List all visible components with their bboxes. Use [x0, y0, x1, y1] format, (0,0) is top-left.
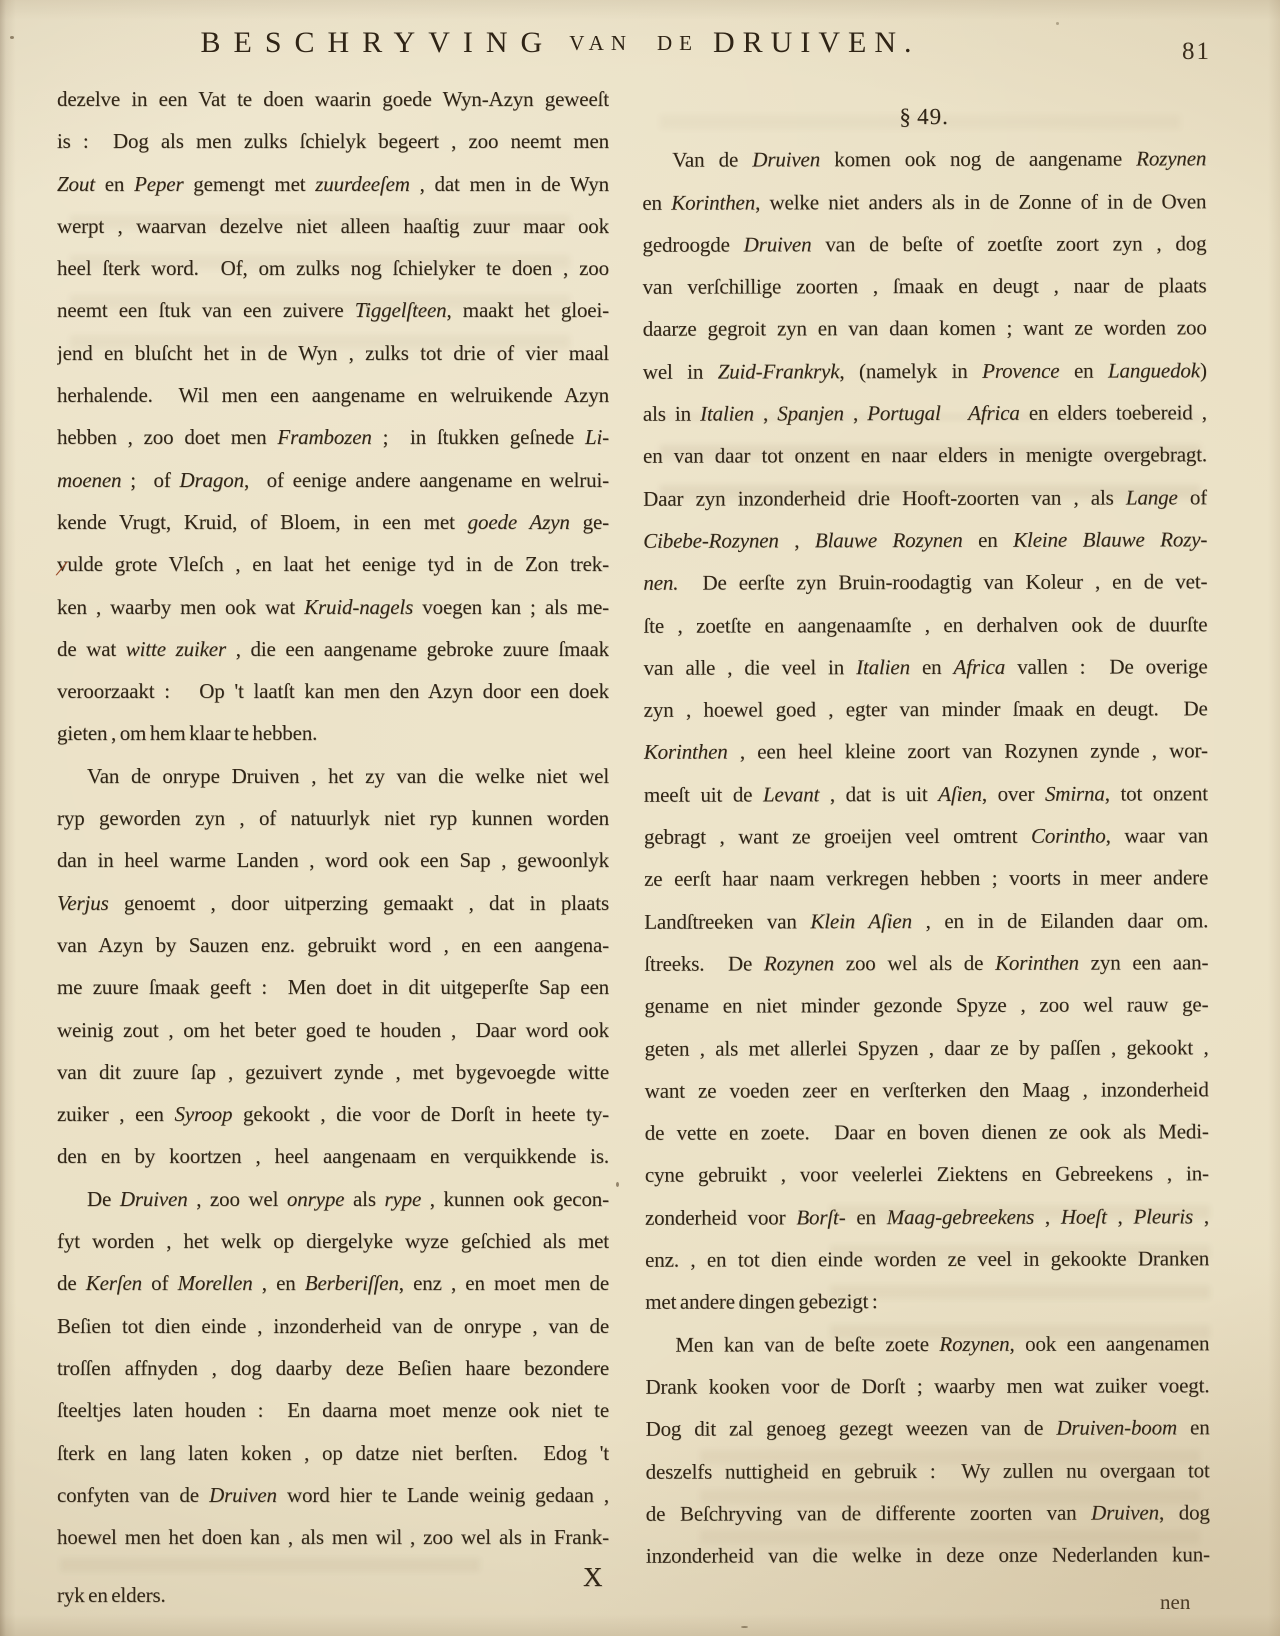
text-segment: Dog dit zal genoeg gezegt weezen van de [646, 1416, 1057, 1441]
text-segment: gemengt met [183, 172, 315, 196]
text-line: gename en niet minder gezonde Spyze , zo… [644, 983, 1208, 1027]
text-segment: ; in ſtukken geſnede [372, 425, 585, 449]
text-segment: zoo wel als de [834, 951, 995, 975]
text-line: hoewel men het doen kan , als men wil , … [57, 1516, 609, 1558]
italic-text-segment: Druiven [752, 148, 820, 172]
italic-text-segment: Druiven [120, 1187, 188, 1211]
text-segment: en [1059, 358, 1108, 382]
text-segment: en [1177, 1415, 1210, 1439]
italic-text-segment: Zout [57, 172, 95, 196]
text-line: gebragt , want ze groeijen veel omtrent … [644, 814, 1208, 858]
text-segment: De [87, 1187, 120, 1211]
running-title-word: DRUIVEN. [713, 26, 920, 59]
text-segment: , tot onzent [1105, 781, 1208, 805]
italic-text-segment: Li- [585, 425, 609, 449]
text-line: confyten van de Druiven word hier te Lan… [57, 1474, 609, 1516]
text-line: want ze voeden zeer en verſterken den Ma… [645, 1068, 1209, 1112]
text-segment: als in [643, 402, 700, 426]
running-title: BESCHRYVING VAN DE DRUIVEN. [0, 26, 1120, 60]
italic-text-segment: Tiggelſteen [355, 298, 447, 322]
text-line: van dit zuure ſap , gezuivert zynde , me… [57, 1051, 609, 1093]
text-segment: is : Dog als men zulks ſchielyk begeert … [57, 129, 609, 153]
text-segment: voegen kan ; als me- [413, 595, 609, 619]
text-segment: genoemt , door uitperzing gemaakt , dat … [109, 891, 609, 915]
italic-text-segment: Borſt- [796, 1205, 845, 1229]
text-line: Landſtreeken van Klein Aſien , en in de … [644, 899, 1208, 943]
text-line: ſte , zoetſte en aangenaamſte , en derha… [643, 603, 1207, 647]
text-segment: van dit zuure ſap , gezuivert zynde , me… [57, 1060, 609, 1084]
text-line: Verjus genoemt , door uitperzing gemaakt… [57, 882, 609, 924]
text-segment: Van de [672, 148, 752, 172]
text-segment: kende Vrugt, Kruid, of Bloem, in een met [57, 510, 468, 534]
text-line: dan in heel warme Landen , word ook een … [57, 839, 609, 881]
italic-text-segment: Africa [954, 655, 1006, 679]
text-line: is : Dog als men zulks ſchielyk begeert … [57, 120, 609, 162]
text-line: Van de Druiven komen ook nog de aangenam… [642, 138, 1206, 182]
italic-text-segment: Provence [982, 358, 1059, 382]
italic-text-segment: witte zuiker [126, 637, 226, 661]
italic-text-segment: Korinthen [671, 190, 755, 214]
text-segment: wel in [643, 359, 718, 383]
text-segment: , of eenige andere aangename en welrui- [244, 468, 609, 492]
text-segment: weinig zout , om het beter goed te houde… [57, 1018, 609, 1042]
text-segment: , en [253, 1271, 305, 1295]
left-column-text: dezelve in een Vat te doen waarin goede … [57, 78, 609, 1617]
text-line: Drank kooken voor de Dorſt ; waarby men … [645, 1364, 1209, 1408]
text-segment: , [1193, 1204, 1209, 1228]
text-line: Beſien tot dien einde , inzonderheid van… [57, 1305, 609, 1347]
italic-text-segment: Aſien [938, 782, 982, 806]
text-segment: , [754, 401, 777, 425]
text-segment: ryk en elders. [57, 1583, 166, 1607]
text-segment: gedroogde [642, 232, 743, 256]
text-line: fyt worden , het welk op diergelyke wyze… [57, 1220, 609, 1262]
running-title-word: VAN [569, 31, 633, 55]
text-segment: , en in de Eilanden daar om. [912, 908, 1208, 933]
italic-text-segment: Italien [700, 402, 754, 426]
italic-text-segment: Maag-gebreekens [887, 1204, 1034, 1228]
text-segment: als [344, 1187, 384, 1211]
text-segment: ſtreeks. De [644, 951, 764, 975]
text-line: ſterk en lang laten koken , op datze nie… [57, 1432, 609, 1474]
italic-text-segment: Rozynen [939, 1331, 1009, 1355]
text-line: de Beſchryving van de differente zoorten… [646, 1491, 1210, 1535]
text-line: cyne gebruikt , voor veelerlei Ziektens … [645, 1153, 1209, 1197]
italic-text-segment: Syroop [174, 1102, 232, 1126]
text-line: inzonderheid van die welke in deze onze … [646, 1533, 1210, 1577]
text-segment: veroorzaakt : Op 't laatſt kan men den A… [57, 679, 609, 703]
text-segment: en [910, 655, 954, 679]
italic-text-segment: Lange [1126, 485, 1178, 509]
italic-text-segment: Druiven [209, 1483, 277, 1507]
text-line: De Druiven , zoo wel onrype als rype , k… [57, 1178, 609, 1220]
text-segment: en van daar tot onzent en naar elders in… [643, 443, 1207, 468]
running-title-word: BESCHRYVING [201, 26, 556, 59]
text-line: § 49. [642, 95, 1206, 139]
italic-text-segment: zuurdeeſem [315, 172, 410, 196]
text-segment: herhalende. Wil men een aangename en wel… [57, 383, 609, 407]
text-segment: ryp geworden zyn , of natuurlyk niet ryp… [57, 806, 609, 830]
italic-text-segment: Portugal [867, 401, 941, 425]
italic-text-segment: Kerſen [86, 1271, 142, 1295]
text-line: me zuure ſmaak geeft : Men doet in dit u… [57, 966, 609, 1008]
italic-text-segment: Spanjen [777, 401, 844, 425]
text-line: zonderheid voor Borſt- en Maag-gebreeken… [645, 1195, 1209, 1239]
text-line: geten , als met allerlei Spyzen , daar z… [644, 1026, 1208, 1070]
text-segment: gekookt , die voor de Dorſt in heete ty- [232, 1102, 609, 1126]
italic-text-segment: Pleuris [1133, 1204, 1193, 1228]
text-line: de wat witte zuiker , die een aangename … [57, 628, 609, 670]
text-line: troſſen affnyden , dog daarby deze Beſie… [57, 1347, 609, 1389]
italic-text-segment: Korinthen [644, 740, 728, 764]
text-segment: zuiker , een [57, 1102, 174, 1126]
text-line: ze eerſt haar naam verkregen hebben ; vo… [644, 857, 1208, 901]
text-segment: gieten , om hem klaar te hebben. [57, 721, 317, 745]
text-segment: de [57, 1271, 86, 1295]
text-segment: , kunnen ook gecon- [421, 1187, 609, 1211]
text-segment: gebragt , want ze groeijen veel omtrent [644, 824, 1031, 849]
text-segment: of [1178, 485, 1208, 509]
text-segment: , welke niet anders als in de Zonne of i… [755, 189, 1206, 214]
text-segment: , enz , en moet men de [399, 1271, 609, 1295]
italic-text-segment: Druiven [744, 232, 812, 256]
text-line: Zout en Peper gemengt met zuurdeeſem , d… [57, 163, 609, 205]
text-line: van Azyn by Sauzen enz. gebruikt word , … [57, 924, 609, 966]
text-segment: en [846, 1205, 887, 1229]
italic-text-segment: Rozynen [1136, 147, 1206, 171]
italic-text-segment: Morellen [178, 1271, 253, 1295]
text-line: jend en bluſcht het in de Wyn , zulks to… [57, 332, 609, 374]
text-segment: de wat [57, 637, 126, 661]
text-segment: , waar van [1106, 823, 1208, 847]
text-segment: , dat men in de Wyn [410, 172, 609, 196]
text-segment: cyne gebruikt , voor veelerlei Ziektens … [645, 1162, 1209, 1187]
text-line: als in Italien , Spanjen , Portugal Afri… [643, 391, 1207, 435]
text-segment: , over [982, 781, 1045, 805]
text-segment: dezelve in een Vat te doen waarin goede … [57, 87, 609, 111]
text-line: wel in Zuid-Frankryk, (namelyk in Proven… [643, 349, 1207, 393]
text-segment: fyt worden , het welk op diergelyke wyze… [57, 1229, 609, 1253]
italic-text-segment: Verjus [57, 891, 109, 915]
text-segment: en elders toebereid , [1020, 400, 1207, 424]
italic-text-segment: Rozynen [764, 951, 834, 975]
text-segment: werpt , waarvan dezelve niet alleen haaſ… [57, 214, 609, 238]
text-segment: , dog [1159, 1500, 1210, 1524]
text-line: heel ſterk word. Of, om zulks nog ſchiel… [57, 247, 609, 289]
text-line: en van daar tot onzent en naar elders in… [643, 434, 1207, 478]
italic-text-segment: Smirna [1045, 781, 1105, 805]
text-segment: hebben , zoo doet men [57, 425, 277, 449]
text-segment: geten , als met allerlei Spyzen , daar z… [645, 1035, 1209, 1060]
text-segment: , [1034, 1204, 1061, 1228]
text-line: Cibebe-Rozynen , Blauwe Rozynen en Klein… [643, 518, 1207, 562]
italic-text-segment: Kleine Blauwe Rozy- [1013, 527, 1207, 552]
italic-text-segment: Peper [134, 172, 183, 196]
text-segment: , ook een aangenamen [1009, 1331, 1209, 1356]
text-line: weinig zout , om het beter goed te houde… [57, 1009, 609, 1051]
text-segment: ken , waarby men ook wat [57, 595, 304, 619]
text-line: de Kerſen of Morellen , en Berberiſſen, … [57, 1262, 609, 1304]
text-line: dezelve in een Vat te doen waarin goede … [57, 78, 609, 120]
text-segment: neemt een ſtuk van een zuivere [57, 298, 355, 322]
text-segment: de Beſchryving van de differente zoorten… [646, 1500, 1091, 1525]
text-segment: jend en bluſcht het in de Wyn , zulks to… [57, 341, 609, 365]
text-segment: ; of [121, 468, 179, 492]
text-line: veroorzaakt : Op 't laatſt kan men den A… [57, 670, 609, 712]
text-segment: van de beſte of zoetſte zoort zyn , dog [811, 231, 1206, 256]
text-line: den en by koortzen , heel aangenaam en v… [57, 1135, 609, 1177]
paper-speck [1056, 22, 1059, 25]
text-segment: , maakt het gloei- [446, 298, 609, 322]
italic-text-segment: Blauwe Rozynen [815, 528, 963, 552]
text-segment: meeſt uit de [644, 782, 763, 806]
text-segment: , een heel kleine zoort van Rozynen zynd… [728, 739, 1208, 764]
text-segment: vallen : De overige [1005, 654, 1207, 679]
italic-text-segment: nen. [643, 571, 678, 595]
text-line: kende Vrugt, Kruid, of Bloem, in een met… [57, 501, 609, 543]
text-segment: zonderheid voor [645, 1205, 796, 1229]
text-segment: de vette en zoete. Daar en boven dienen … [645, 1119, 1209, 1144]
italic-text-segment: Druiven [1091, 1500, 1159, 1524]
text-line: en Korinthen, welke niet anders als in d… [642, 180, 1206, 224]
text-segment: en [642, 190, 671, 214]
catchword: nen [1160, 1590, 1190, 1615]
text-segment: zyn , hoewel goed , egter van minder ſma… [644, 696, 1208, 721]
text-line: Men kan van de beſte zoete Rozynen, ook … [645, 1322, 1209, 1366]
running-title-word: DE [657, 31, 699, 55]
italic-text-segment: onrype [287, 1187, 344, 1211]
text-segment: , (namelyk in [839, 359, 982, 383]
text-segment: Landſtreeken van [644, 909, 810, 933]
italic-text-segment: Italien [856, 655, 910, 679]
text-segment: Men kan van de beſte zoete [675, 1332, 939, 1357]
text-segment: ſte , zoetſte en aangenaamſte , en derha… [643, 612, 1207, 637]
text-line: ryk en elders. [57, 1574, 609, 1616]
page-number: 81 [1182, 38, 1211, 66]
text-line: van alle , die veel in Italien en Africa… [644, 645, 1208, 689]
text-segment: en [95, 172, 134, 196]
text-line: werpt , waarvan dezelve niet alleen haaſ… [57, 205, 609, 247]
italic-text-segment: moenen [57, 468, 121, 492]
text-segment: of [142, 1271, 178, 1295]
text-line: hebben , zoo doet men Frambozen ; in ſtu… [57, 416, 609, 458]
text-segment: ze eerſt haar naam verkregen hebben ; vo… [644, 866, 1208, 891]
text-segment: zyn een aan- [1079, 950, 1209, 974]
text-line: ryp geworden zyn , of natuurlyk niet ryp… [57, 797, 609, 839]
text-line: Van de onrype Druiven , het zy van die w… [57, 755, 609, 797]
italic-text-segment: Berberiſſen [305, 1271, 399, 1295]
text-line: deszelfs nuttigheid en gebruik : Wy zull… [646, 1449, 1210, 1493]
text-segment: , dat is uit [819, 782, 938, 806]
text-line: Daar zyn inzonderheid drie Hooft-zoorten… [643, 476, 1207, 520]
text-line: zuiker , een Syroop gekookt , die voor d… [57, 1093, 609, 1135]
text-segment: Van de onrype Druiven , het zy van die w… [87, 764, 609, 788]
text-segment: § 49. [899, 104, 949, 129]
text-line: neemt een ſtuk van een zuivere Tiggelſte… [57, 289, 609, 331]
text-segment: deszelfs nuttigheid en gebruik : Wy zull… [646, 1458, 1210, 1483]
text-segment: , [779, 528, 815, 552]
text-segment: want ze voeden zeer en verſterken den Ma… [645, 1077, 1209, 1102]
text-segment: daarze gegroit zyn en van daan komen ; w… [643, 316, 1207, 341]
text-segment: hoewel men het doen kan , als men wil , … [57, 1525, 609, 1549]
italic-text-segment: Corintho [1031, 824, 1106, 848]
italic-text-segment: Kruid-nagels [304, 595, 413, 619]
text-segment: gename en niet minder gezonde Spyze , zo… [644, 992, 1208, 1017]
text-line: meeſt uit de Levant , dat is uit Aſien, … [644, 772, 1208, 816]
text-segment: van Azyn by Sauzen enz. gebruikt word , … [57, 933, 609, 957]
text-segment: komen ook nog de aangename [820, 147, 1136, 172]
text-segment: ge- [570, 510, 609, 534]
text-segment: , [1107, 1204, 1134, 1228]
text-line: van verſchillige zoorten , ſmaak en deug… [643, 264, 1207, 308]
text-line: ſteeltjes laten houden : En daarna moet … [57, 1389, 609, 1431]
text-line: herhalende. Wil men een aangename en wel… [57, 374, 609, 416]
text-segment: vulde grote Vleſch , en laat het eenige … [57, 552, 609, 576]
text-line: daarze gegroit zyn en van daan komen ; w… [643, 307, 1207, 351]
text-line: gieten , om hem klaar te hebben. [57, 712, 609, 754]
text-line: gedroogde Druiven van de beſte of zoetſt… [642, 222, 1206, 266]
text-line: ſtreeks. De Rozynen zoo wel als de Korin… [644, 941, 1208, 985]
text-segment: word hier te Lande weinig gedaan , [277, 1483, 609, 1507]
italic-text-segment: goede Azyn [468, 510, 570, 534]
italic-text-segment: Korinthen [995, 951, 1079, 975]
text-segment: De eerſte zyn Bruin-roodagtig van Koleur… [678, 570, 1207, 595]
text-segment: en [963, 528, 1014, 552]
text-segment: troſſen affnyden , dog daarby deze Beſie… [57, 1356, 609, 1380]
text-segment: ) [1200, 358, 1207, 382]
italic-text-segment: Zuid-Frankryk [718, 359, 840, 383]
text-segment: dan in heel warme Landen , word ook een … [57, 848, 609, 872]
text-segment: den en by koortzen , heel aangenaam en v… [57, 1144, 609, 1168]
text-segment: enz. , en tot dien einde worden ze veel … [645, 1246, 1209, 1271]
text-segment: met andere dingen gebezigt : [645, 1289, 877, 1314]
text-segment: , zoo wel [188, 1187, 287, 1211]
text-line: enz. , en tot dien einde worden ze veel … [645, 1237, 1209, 1281]
text-segment: ſteeltjes laten houden : En daarna moet … [57, 1398, 609, 1422]
book-page-scan: BESCHRYVING VAN DE DRUIVEN. 81 dezelve i… [0, 0, 1280, 1636]
text-line: zyn , hoewel goed , egter van minder ſma… [644, 687, 1208, 731]
paper-speck [741, 1626, 748, 1628]
italic-text-segment: Languedok [1108, 358, 1200, 382]
text-segment: Daar zyn inzonderheid drie Hooft-zoorten… [643, 485, 1126, 510]
italic-text-segment: Cibebe-Rozynen [643, 528, 779, 552]
paper-speck [616, 1182, 619, 1187]
text-segment: , [844, 401, 867, 425]
text-segment: Drank kooken voor de Dorſt ; waarby men … [645, 1373, 1209, 1398]
italic-text-segment: rype [384, 1187, 421, 1211]
text-segment: Beſien tot dien einde , inzonderheid van… [57, 1314, 609, 1338]
text-line: de vette en zoete. Daar en boven dienen … [645, 1110, 1209, 1154]
text-segment: , die een aangename gebroke zuure ſmaak [226, 637, 609, 661]
text-line: met andere dingen gebezigt : [645, 1280, 1209, 1324]
text-segment: van alle , die veel in [644, 655, 857, 680]
italic-text-segment: Klein Aſien [810, 909, 912, 933]
text-line: Korinthen , een heel kleine zoort van Ro… [644, 730, 1208, 774]
text-line: ken , waarby men ook wat Kruid-nagels vo… [57, 586, 609, 628]
text-segment: inzonderheid van die welke in deze onze … [646, 1542, 1210, 1567]
signature-mark: X [583, 1562, 603, 1593]
text-segment [941, 401, 968, 425]
text-segment: van verſchillige zoorten , ſmaak en deug… [643, 273, 1207, 298]
italic-text-segment: Africa [968, 401, 1020, 425]
text-line: Dog dit zal genoeg gezegt weezen van de … [645, 1406, 1209, 1450]
italic-text-segment: Dragon [180, 468, 244, 492]
right-column-text: § 49.Van de Druiven komen ook nog de aan… [642, 95, 1210, 1577]
text-segment: heel ſterk word. Of, om zulks nog ſchiel… [57, 256, 609, 280]
text-segment: confyten van de [57, 1483, 209, 1507]
italic-text-segment: Hoeſt [1061, 1204, 1107, 1228]
text-segment: me zuure ſmaak geeft : Men doet in dit u… [57, 975, 609, 999]
text-line: vulde grote Vleſch , en laat het eenige … [57, 543, 609, 585]
text-line: nen. De eerſte zyn Bruin-roodagtig van K… [643, 561, 1207, 605]
text-segment: ſterk en lang laten koken , op datze nie… [57, 1441, 609, 1465]
text-line: moenen ; of Dragon, of eenige andere aan… [57, 459, 609, 501]
italic-text-segment: Levant [763, 782, 819, 806]
italic-text-segment: Druiven-boom [1056, 1416, 1177, 1440]
italic-text-segment: Frambozen [277, 425, 371, 449]
